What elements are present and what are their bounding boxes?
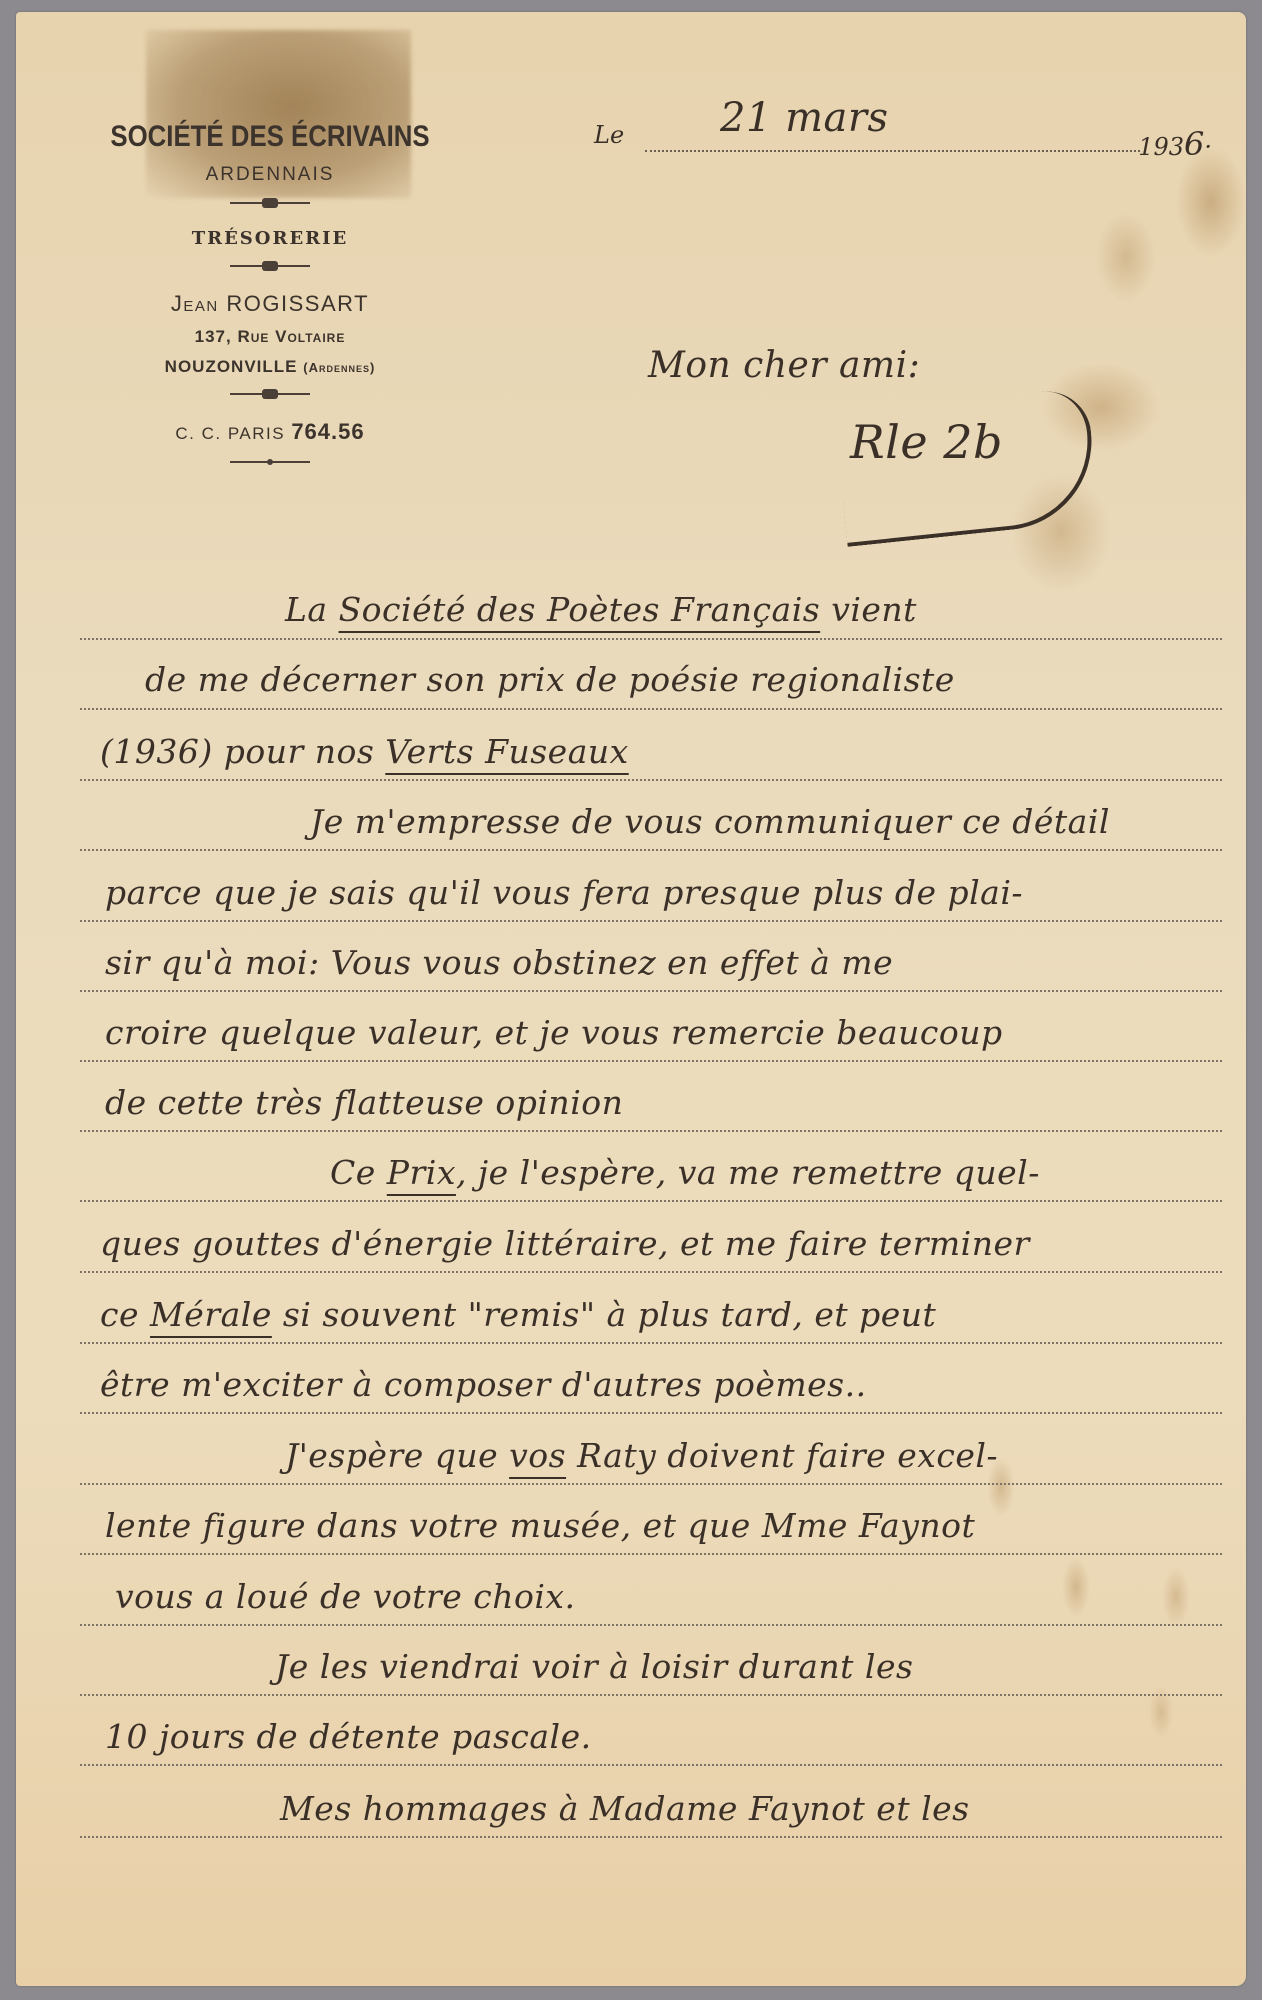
- body-line: J'espère que vos Raty doivent faire exce…: [285, 1436, 998, 1475]
- rule-line: [80, 1553, 1222, 1555]
- salutation: Mon cher ami:: [648, 345, 920, 386]
- date-year: 1936·: [1138, 125, 1212, 163]
- underlined-phrase: vos: [509, 1436, 566, 1475]
- body-line: lente figure dans votre musée, et que Mm…: [105, 1506, 975, 1545]
- underlined-phrase: Société des Poètes Français: [339, 590, 821, 629]
- letterhead-name: Jean ROGISSART: [60, 291, 480, 317]
- rule-line: [80, 638, 1222, 640]
- letterhead-cc-number: 764.56: [291, 419, 364, 444]
- date-prefix: Le: [594, 121, 624, 149]
- rule-line: [80, 1130, 1222, 1132]
- rule-line: [80, 1412, 1222, 1414]
- body-line: Je les viendrai voir à loisir durant les: [275, 1647, 913, 1686]
- rule-line: [80, 1694, 1222, 1696]
- rule-line: [80, 1624, 1222, 1626]
- body-line: Ce Prix, je l'espère, va me remettre que…: [330, 1153, 1040, 1192]
- letterhead-cc-line: C. C. PARIS 764.56: [60, 419, 480, 445]
- ornament-divider-icon: [230, 261, 310, 271]
- rule-line: [80, 1060, 1222, 1062]
- rule-line: [80, 1271, 1222, 1273]
- ornament-divider-icon: [230, 457, 310, 467]
- rule-line: [80, 779, 1222, 781]
- body-line: croire quelque valeur, et je vous remerc…: [105, 1013, 1003, 1052]
- body-line: sir qu'à moi: Vous vous obstinez en effe…: [105, 943, 893, 982]
- date-year-printed: 193: [1138, 133, 1184, 161]
- rule-line: [80, 990, 1222, 992]
- rule-line: [80, 920, 1222, 922]
- rule-line: [80, 708, 1222, 710]
- letterhead-subtitle: ARDENNAIS: [60, 164, 480, 186]
- body-line: ce Mérale si souvent "remis" à plus tard…: [100, 1295, 936, 1334]
- ornament-divider-icon: [230, 198, 310, 208]
- letterhead-address: 137, Rue Voltaire: [60, 327, 480, 347]
- underlined-phrase: Mérale: [150, 1295, 272, 1334]
- date-dotted-rule: [645, 150, 1140, 152]
- rule-line: [80, 1764, 1222, 1766]
- body-line: La Société des Poètes Français vient: [285, 590, 917, 629]
- rule-line: [80, 1836, 1222, 1838]
- letterhead-region: (Ardennes): [303, 360, 375, 375]
- letterhead-city-line: NOUZONVILLE (Ardennes): [60, 357, 480, 377]
- letterhead: SOCIÉTÉ DES ÉCRIVAINS ARDENNAIS TRÉSORER…: [60, 120, 480, 467]
- body-line: 10 jours de détente pascale.: [105, 1717, 592, 1756]
- rule-line: [80, 1483, 1222, 1485]
- rule-line: [80, 1342, 1222, 1344]
- date-day-month: 21 mars: [720, 95, 889, 141]
- ornament-divider-icon: [230, 389, 310, 399]
- body-line: (1936) pour nos Verts Fuseaux: [100, 732, 629, 771]
- body-line: vous a loué de votre choix.: [115, 1577, 576, 1616]
- underlined-phrase: Verts Fuseaux: [385, 732, 628, 771]
- body-line: de cette très flatteuse opinion: [105, 1083, 623, 1122]
- body-line: ques gouttes d'énergie littéraire, et me…: [100, 1224, 1030, 1263]
- rule-line: [80, 849, 1222, 851]
- body-line: être m'exciter à composer d'autres poème…: [100, 1365, 867, 1404]
- date-line: Le 21 mars 1936·: [590, 95, 1220, 155]
- letterhead-city: NOUZONVILLE: [165, 357, 298, 376]
- date-year-handwritten: 6: [1184, 125, 1204, 163]
- body-line: de me décerner son prix de poésie region…: [145, 660, 955, 699]
- letterhead-title: SOCIÉTÉ DES ÉCRIVAINS: [89, 120, 450, 154]
- rule-line: [80, 1200, 1222, 1202]
- body-line: Mes hommages à Madame Faynot et les: [280, 1789, 970, 1828]
- underlined-phrase: Prix: [387, 1153, 456, 1192]
- letterhead-cc-label: C. C. PARIS: [175, 424, 285, 443]
- letterhead-department: TRÉSORERIE: [60, 228, 480, 249]
- body-line: parce que je sais qu'il vous fera presqu…: [105, 873, 1023, 912]
- body-line: Je m'empresse de vous communiquer ce dét…: [310, 802, 1110, 841]
